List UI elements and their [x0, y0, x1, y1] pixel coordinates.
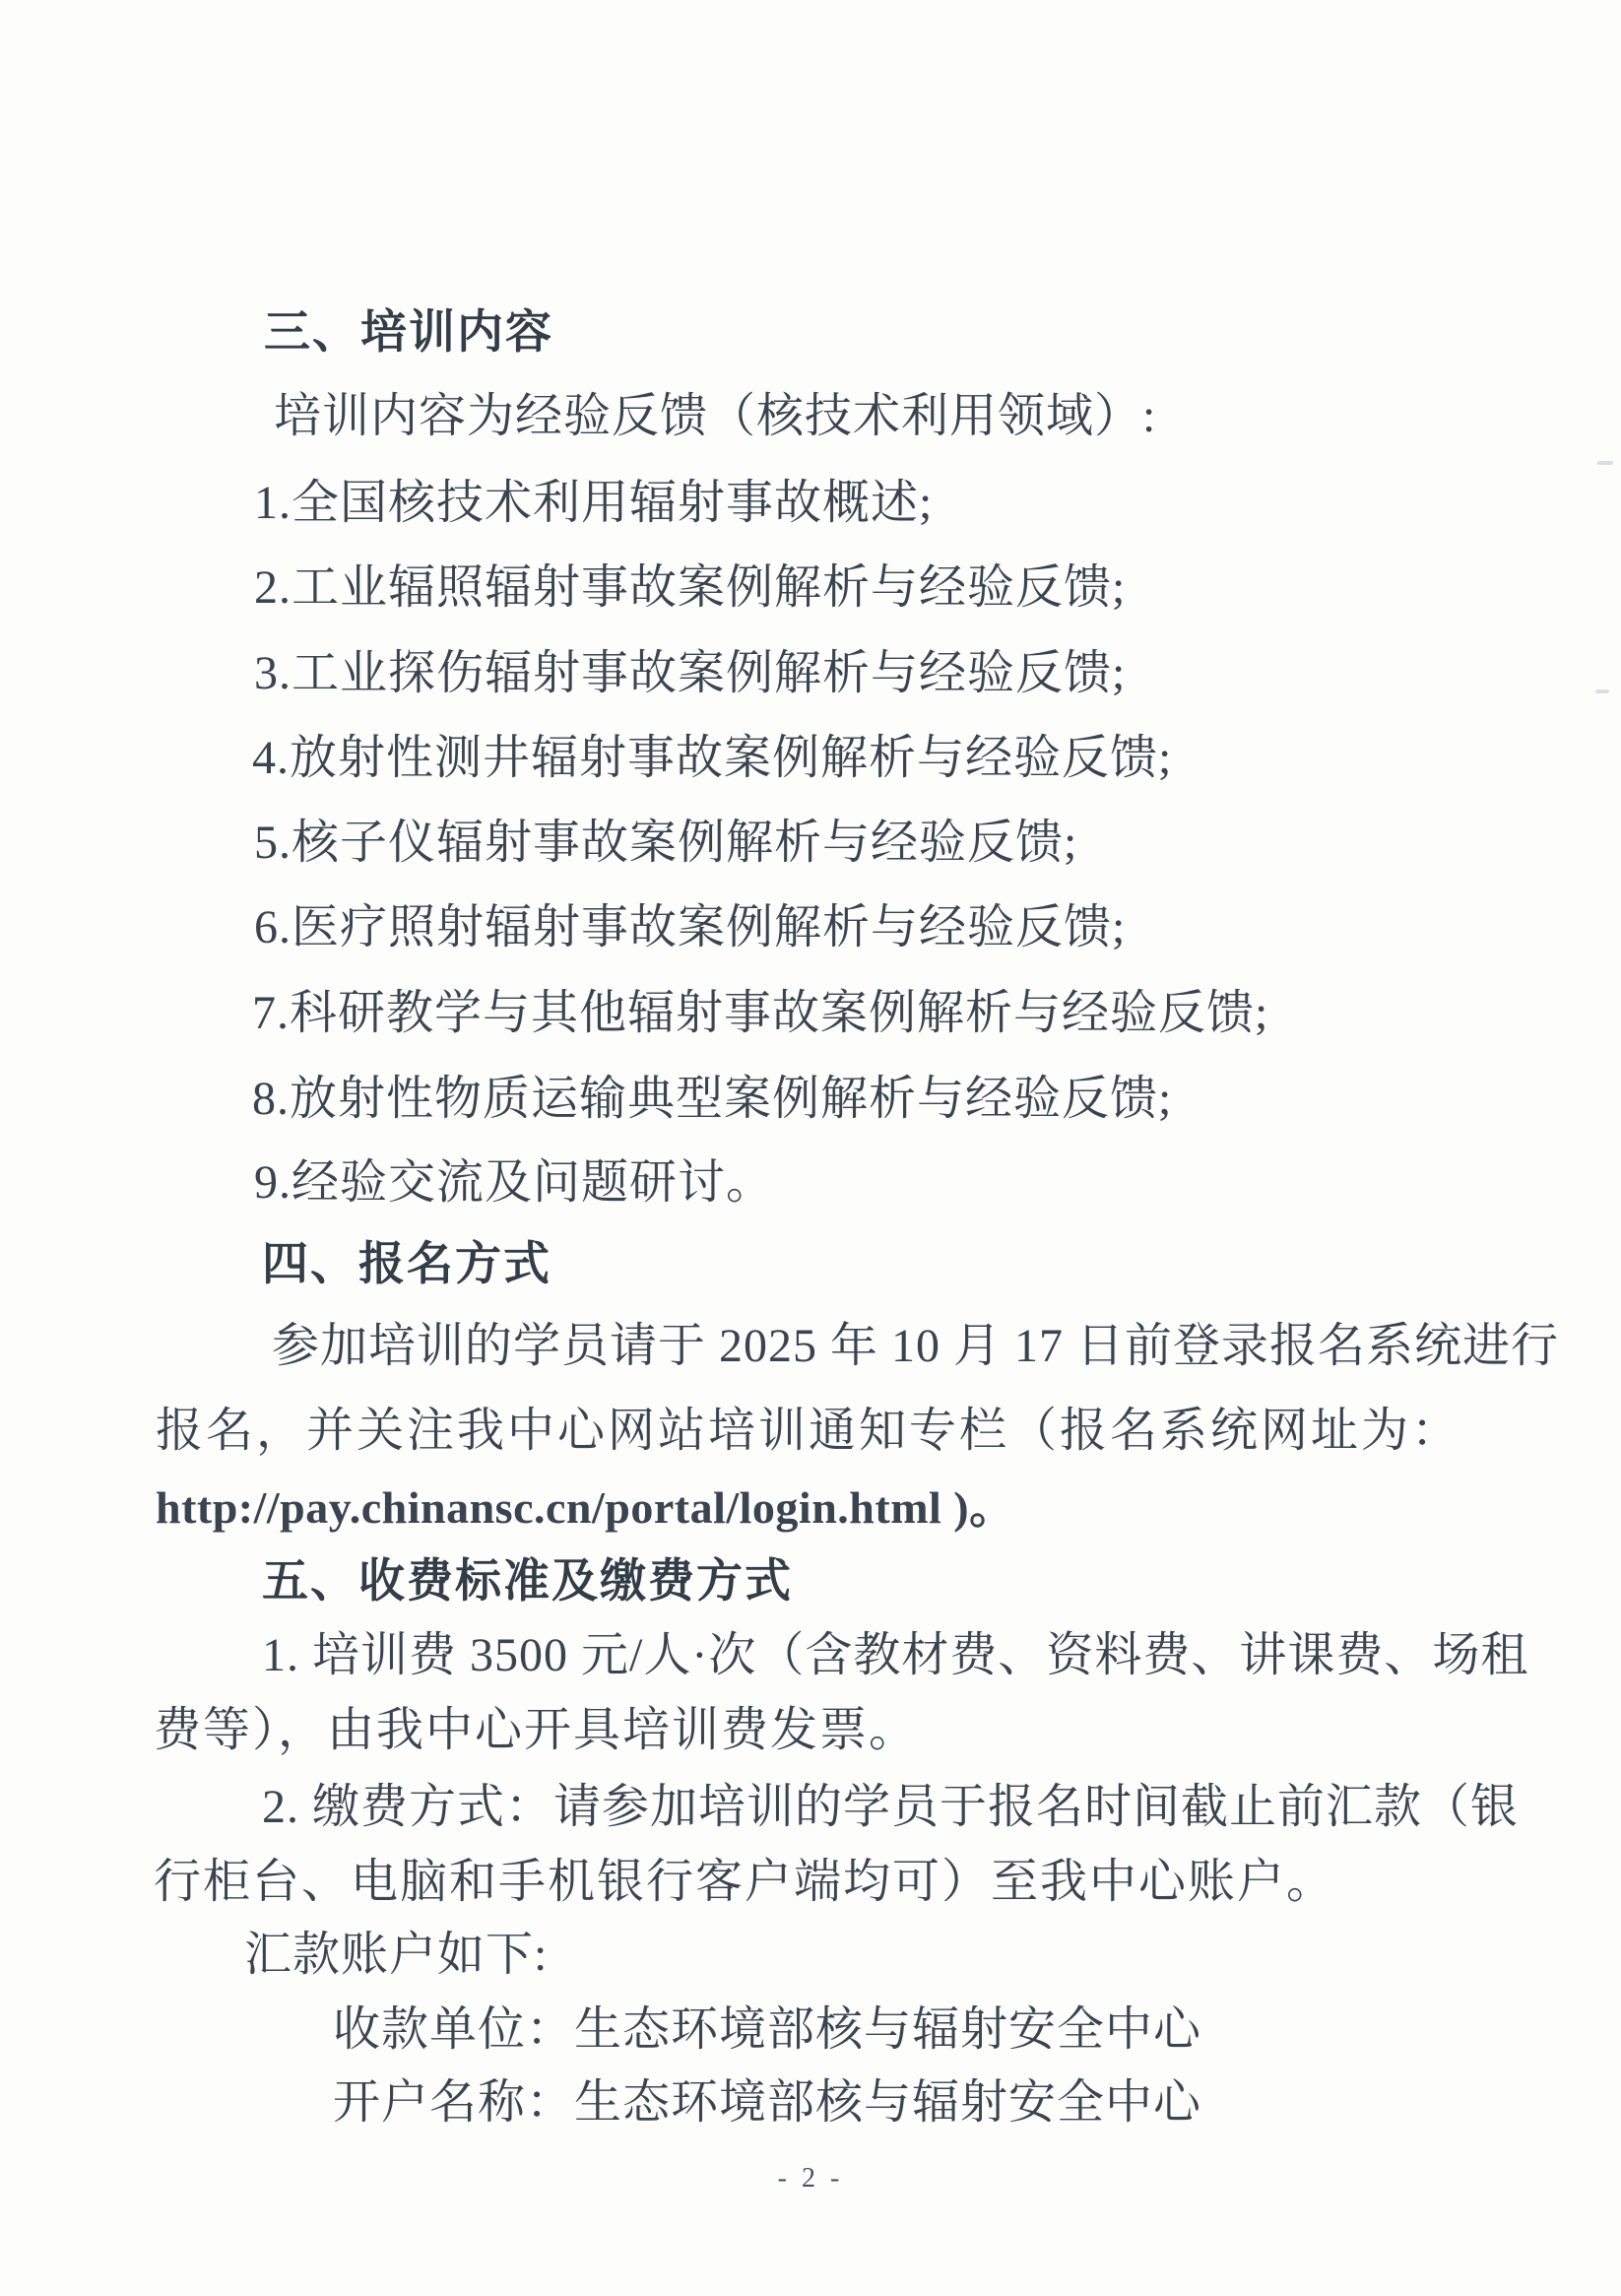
- scan-artifact: [1597, 461, 1613, 465]
- paragraph-fee-2: 费等），由我中心开具培训费发票。: [154, 1702, 918, 1759]
- page-number: - 2 -: [0, 2163, 1621, 2195]
- paragraph-fee-1: 1. 培训费 3500 元/人·次（含教材费、资料费、讲课费、场租: [262, 1627, 1528, 1684]
- account-name-line: 开户名称：生态环境部核与辐射安全中心: [333, 2074, 1201, 2132]
- section-heading-registration: 四、报名方式: [262, 1235, 551, 1292]
- scan-artifact: [1595, 689, 1609, 693]
- section-heading-fees: 五、收费标准及缴费方式: [262, 1552, 793, 1609]
- registration-url: http://pay.chinansc.cn/portal/login.html…: [156, 1479, 1015, 1537]
- document-page: 三、培训内容 培训内容为经验反馈（核技术利用领域）: 1.全国核技术利用辐射事故…: [0, 0, 1621, 2296]
- paragraph-remittance-label: 汇款账户如下:: [244, 1927, 548, 1984]
- paragraph-payment-1: 2. 缴费方式：请参加培训的学员于报名时间截止前汇款（银: [262, 1779, 1519, 1836]
- list-item-7: 7.科研教学与其他辐射事故案例解析与经验反馈;: [252, 985, 1268, 1042]
- paragraph-training-intro: 培训内容为经验反馈（核技术利用领域）:: [274, 388, 1156, 445]
- paragraph-registration-1: 参加培训的学员请于 2025 年 10 月 17 日前登录报名系统进行: [272, 1318, 1559, 1375]
- list-item-9: 9.经验交流及问题研讨。: [254, 1154, 774, 1212]
- list-item-8: 8.放射性物质运输典型案例解析与经验反馈;: [252, 1071, 1172, 1128]
- list-item-3: 3.工业探伤辐射事故案例解析与经验反馈;: [254, 645, 1126, 702]
- list-item-4: 4.放射性测井辐射事故案例解析与经验反馈;: [252, 730, 1172, 787]
- list-item-5: 5.核子仪辐射事故案例解析与经验反馈;: [254, 815, 1077, 872]
- list-item-6: 6.医疗照射辐射事故案例解析与经验反馈;: [254, 899, 1126, 956]
- paragraph-registration-2: 报名，并关注我中心网站培训通知专栏（报名系统网址为：: [156, 1403, 1461, 1460]
- section-heading-training-content: 三、培训内容: [264, 303, 553, 361]
- list-item-2: 2.工业辐照辐射事故案例解析与经验反馈;: [254, 559, 1126, 617]
- list-item-1: 1.全国核技术利用辐射事故概述;: [254, 475, 933, 532]
- account-payee-line: 收款单位：生态环境部核与辐射安全中心: [333, 2001, 1201, 2059]
- paragraph-payment-2: 行柜台、电脑和手机银行客户端均可）至我中心账户。: [154, 1854, 1335, 1911]
